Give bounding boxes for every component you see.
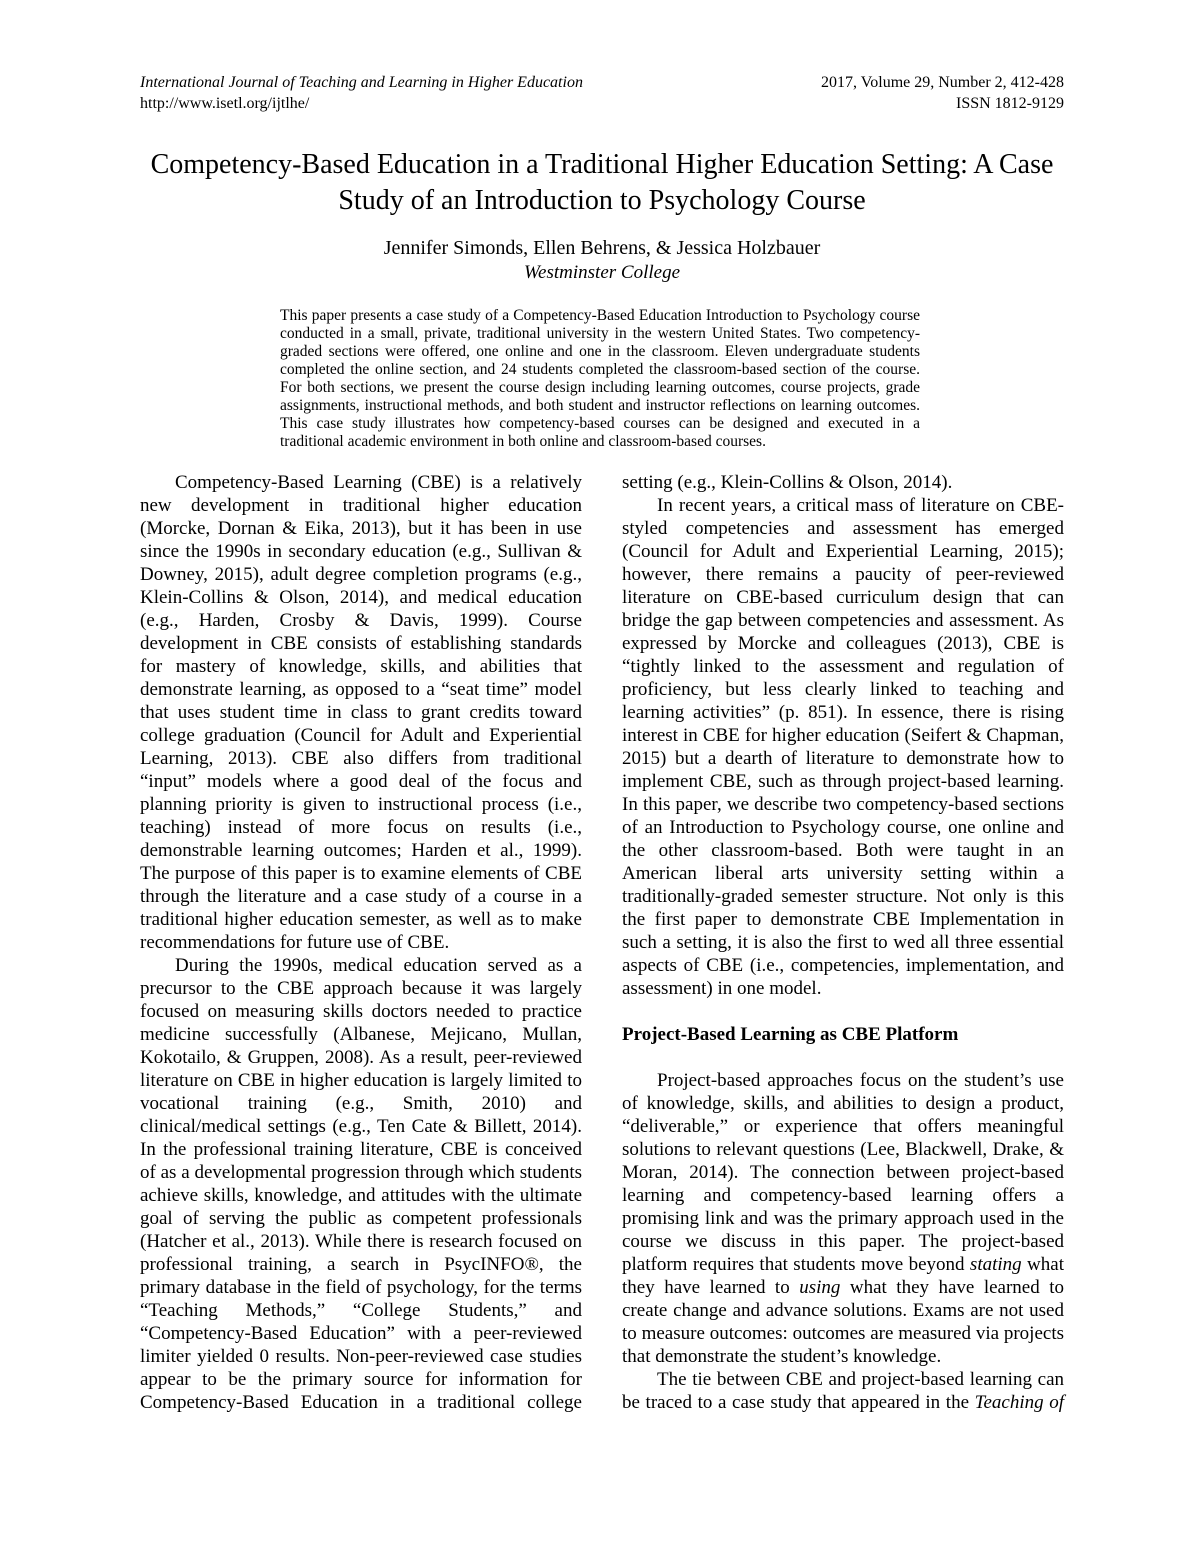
paragraph-tie-between-cbe: The tie between CBE and project-based le… xyxy=(622,1368,1064,1414)
paper-title-line-2: Study of an Introduction to Psychology C… xyxy=(140,183,1064,219)
paragraph-recent-years: In recent years, a critical mass of lite… xyxy=(622,494,1064,1000)
paragraph-intro-cbe: Competency-Based Learning (CBE) is a rel… xyxy=(140,471,582,954)
body-columns: Competency-Based Learning (CBE) is a rel… xyxy=(140,471,1064,1414)
paper-title: Competency-Based Education in a Traditio… xyxy=(140,147,1064,219)
section-heading-project-based-learning: Project-Based Learning as CBE Platform xyxy=(622,1023,1064,1046)
journal-header-left: International Journal of Teaching and Le… xyxy=(140,72,583,114)
right-column: setting (e.g., Klein-Collins & Olson, 20… xyxy=(622,471,1064,1414)
paper-page: International Journal of Teaching and Le… xyxy=(0,0,1200,1553)
volume-info: 2017, Volume 29, Number 2, 412-428 xyxy=(821,72,1064,93)
paragraph-continuation-setting: setting (e.g., Klein-Collins & Olson, 20… xyxy=(622,471,1064,494)
journal-name: International Journal of Teaching and Le… xyxy=(140,72,583,93)
italic-word-using: using xyxy=(799,1277,840,1298)
issn-number: ISSN 1812-9129 xyxy=(821,93,1064,114)
journal-header-right: 2017, Volume 29, Number 2, 412-428 ISSN … xyxy=(821,72,1064,114)
affiliation-line: Westminster College xyxy=(140,261,1064,284)
paragraph-1990s-medical: During the 1990s, medical education serv… xyxy=(140,954,582,1414)
left-column: Competency-Based Learning (CBE) is a rel… xyxy=(140,471,582,1414)
paper-title-line-1: Competency-Based Education in a Traditio… xyxy=(140,147,1064,183)
journal-url: http://www.isetl.org/ijtlhe/ xyxy=(140,93,583,114)
authors-line: Jennifer Simonds, Ellen Behrens, & Jessi… xyxy=(140,236,1064,261)
paragraph-text-segment: Project-based approaches focus on the st… xyxy=(622,1070,1064,1275)
abstract-text: This paper presents a case study of a Co… xyxy=(280,307,920,451)
paragraph-project-based-approaches: Project-based approaches focus on the st… xyxy=(622,1069,1064,1368)
journal-header: International Journal of Teaching and Le… xyxy=(140,72,1064,114)
italic-journal-reference: Teaching of xyxy=(975,1392,1064,1413)
italic-word-stating: stating xyxy=(970,1254,1022,1275)
